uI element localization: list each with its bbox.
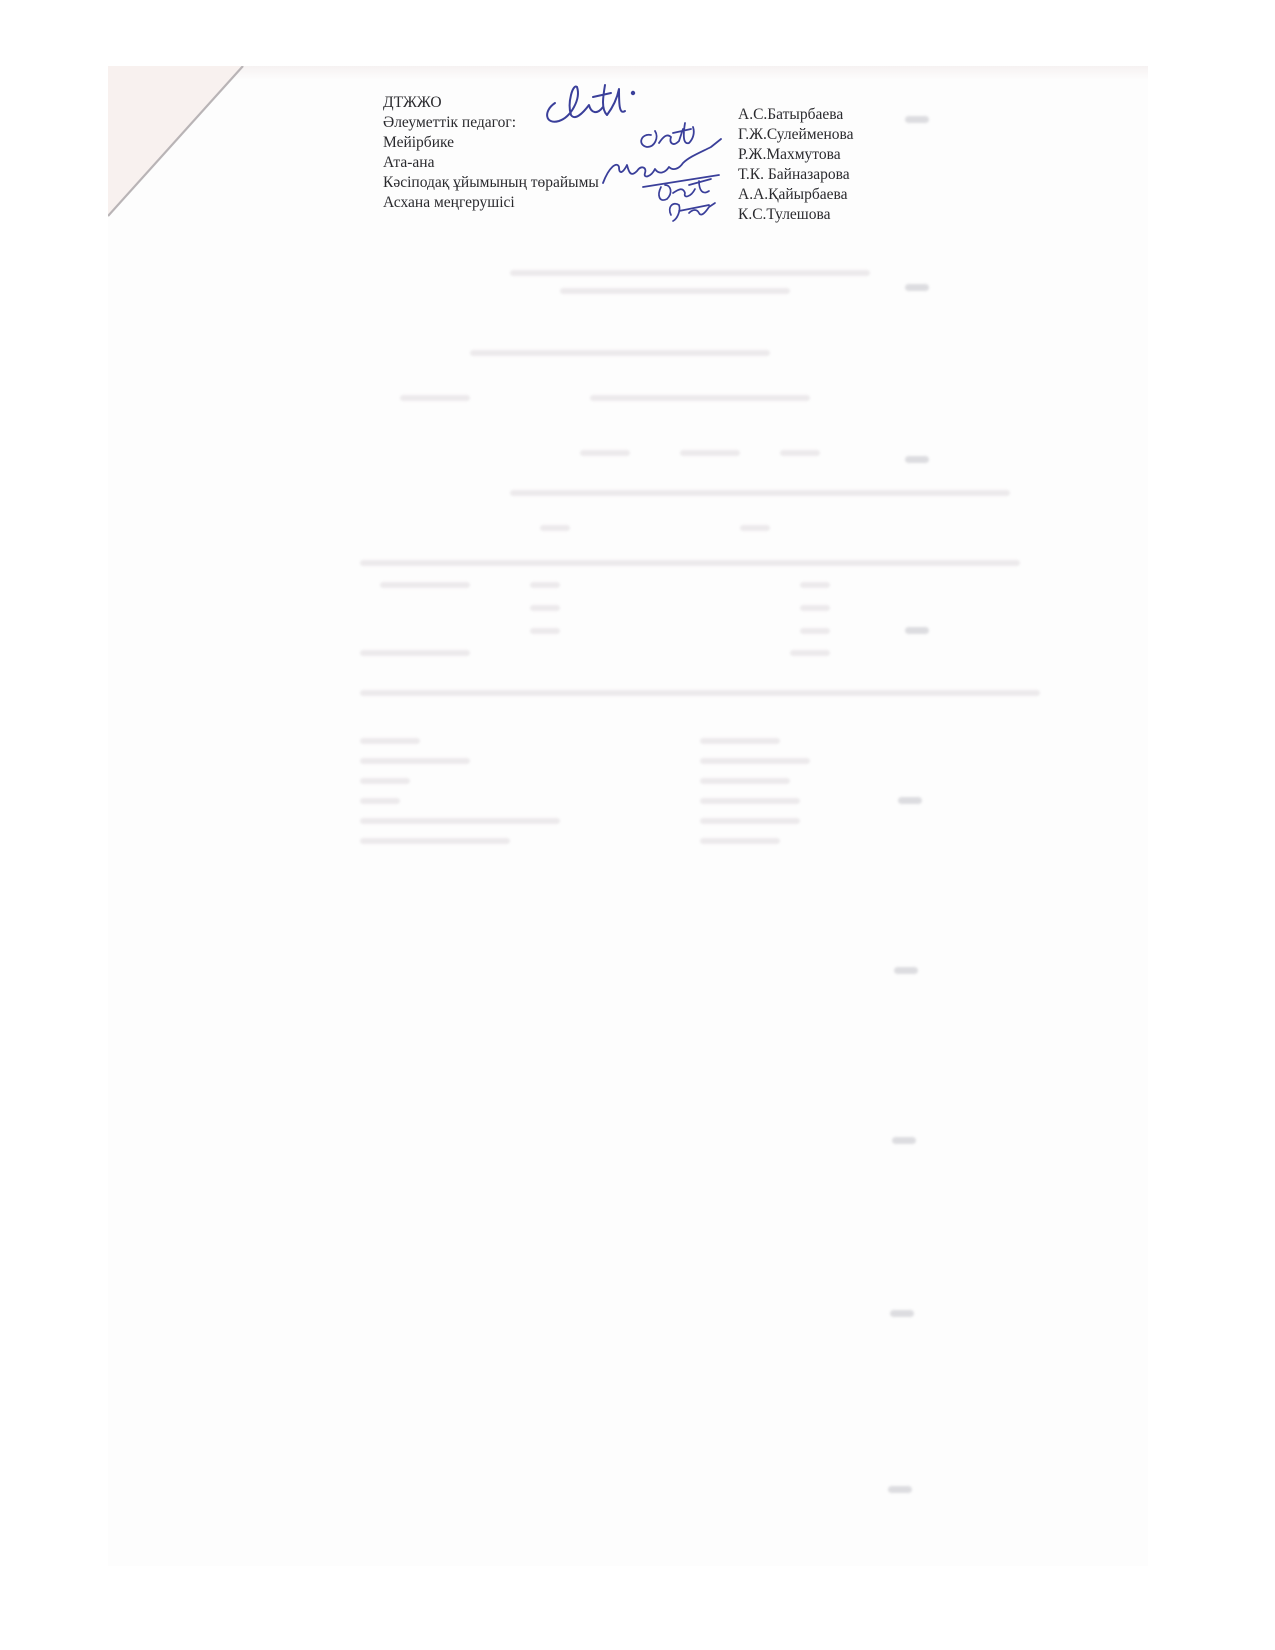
role-label: Әлеуметтік педагог:: [383, 113, 599, 133]
signature-4: [659, 179, 711, 200]
signatory-name: А.С.Батырбаева: [738, 105, 854, 125]
document-page: [108, 66, 1148, 1566]
signatory-name: К.С.Тулешова: [738, 205, 854, 225]
role-list: ДТЖЖО Әлеуметтік педагог: Мейірбике Ата-…: [383, 93, 599, 213]
punch-hole-mark: [894, 967, 918, 974]
punch-hole-mark: [892, 1137, 916, 1144]
signature-2: [641, 123, 694, 147]
punch-hole-mark: [905, 284, 929, 291]
signatory-name: Г.Ж.Сулейменова: [738, 125, 854, 145]
signatory-name: А.А.Қайырбаева: [738, 185, 854, 205]
role-label: Асхана меңгерушісі: [383, 193, 599, 213]
signature-3: [603, 139, 721, 187]
role-label: Мейірбике: [383, 133, 599, 153]
signatory-name: Т.К. Байназарова: [738, 165, 854, 185]
name-list: А.С.Батырбаева Г.Ж.Сулейменова Р.Ж.Махму…: [738, 105, 854, 225]
signature-block: ДТЖЖО Әлеуметтік педагог: Мейірбике Ата-…: [383, 93, 903, 233]
signature-5: [670, 203, 715, 221]
punch-hole-mark: [905, 456, 929, 463]
punch-hole-mark: [905, 116, 929, 123]
role-label: Кәсіподақ ұйымының төрайымы: [383, 173, 599, 193]
signatory-name: Р.Ж.Махмутова: [738, 145, 854, 165]
punch-hole-mark: [890, 1310, 914, 1317]
punch-hole-mark: [888, 1486, 912, 1493]
punch-hole-mark: [898, 797, 922, 804]
page-top-edge: [108, 66, 1148, 80]
punch-hole-mark: [905, 627, 929, 634]
role-label: ДТЖЖО: [383, 93, 599, 113]
role-label: Ата-ана: [383, 153, 599, 173]
